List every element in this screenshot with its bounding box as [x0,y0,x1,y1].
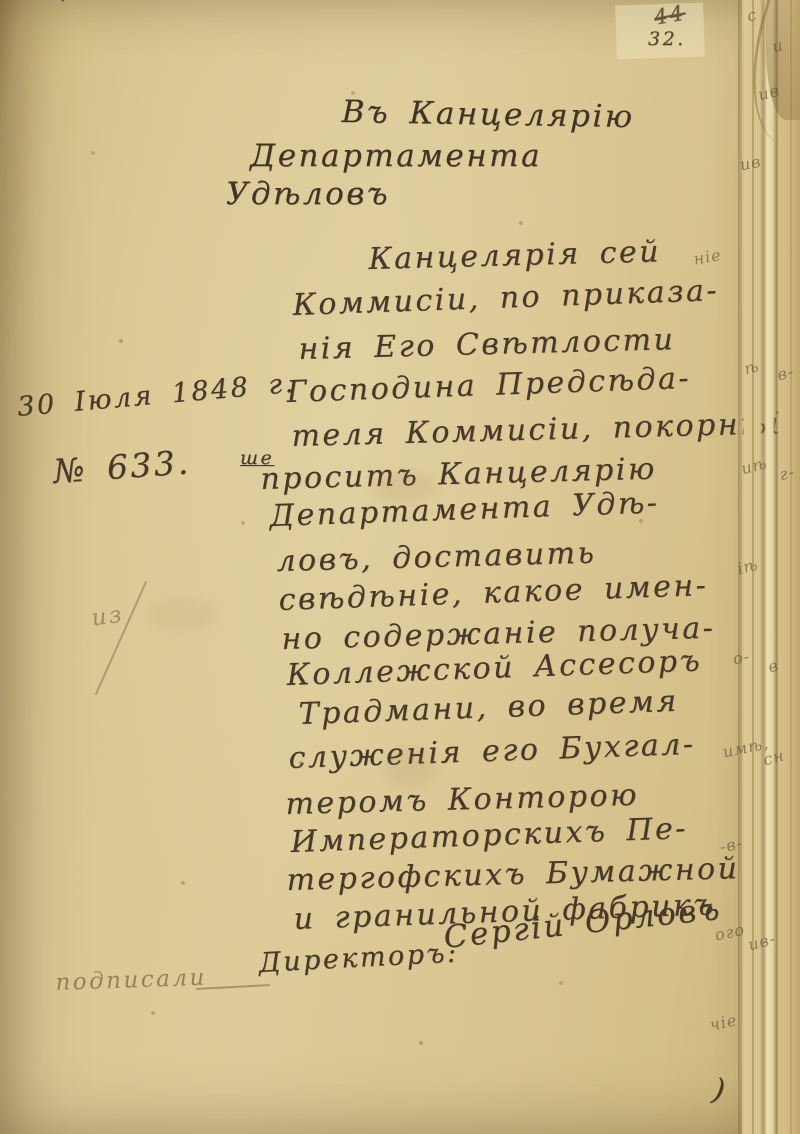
signature-dash [196,984,270,990]
folio-number: 32. [648,28,686,50]
document-scan: 44 32. ʼ Въ Канцелярію Департамента Удѣл… [0,0,800,1134]
body-line: Коммисіи, по приказа- [292,273,720,323]
signed-note: подписали [55,965,207,996]
address-line-2: Департамента [250,138,542,174]
bleed-text-fragment: о- [731,646,752,668]
margin-date: 30 Іюля 1848 г. [16,368,297,423]
paper-stain [384,748,436,788]
manuscript-page: 44 32. ʼ Въ Канцелярію Департамента Удѣл… [0,0,742,1134]
body-line: служенія его Бухгал- [288,727,696,776]
page-crease [790,0,792,1134]
body-line: теля Коммисіи, покорнѣй- [291,406,800,454]
page-crease [776,0,778,1134]
pencil-stroke [95,581,147,695]
address-line-3: Удѣловъ [226,176,390,212]
edge-ink-mark: ʼ [60,0,68,15]
body-line: Традмани, во время [298,684,679,732]
body-line: ловъ, доставить [276,536,597,579]
paper-stain [372,472,436,502]
body-line: Канцелярія сей [368,234,661,277]
body-line: Господина Предсѣда- [286,361,692,410]
signature-title: Директоръ: [258,938,459,979]
pen-mark: ) [710,1072,730,1109]
address-line-1: Въ Канцелярію [341,94,635,135]
document-number: № 633. [52,442,192,490]
paper-specks [0,0,2,2]
body-line: нія Его Свѣтлости [298,322,676,367]
paper-stain [148,598,218,632]
pencil-initials: из [90,601,126,631]
